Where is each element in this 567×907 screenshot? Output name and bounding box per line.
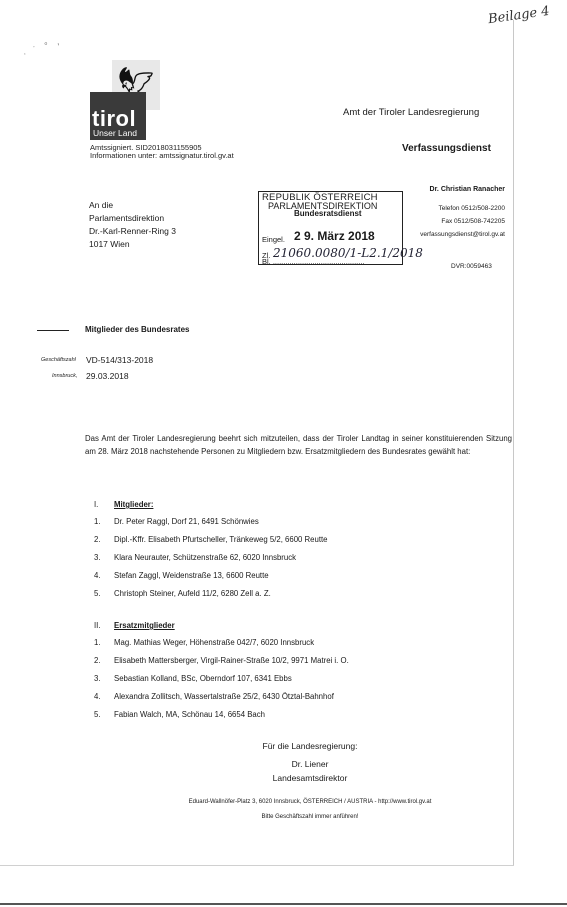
place-label: Innsbruck, — [52, 373, 77, 379]
contact-name: Dr. Christian Ranacher — [400, 183, 505, 196]
item-text: Sebastian Kolland, BSc, Oberndorf 107, 6… — [114, 670, 292, 688]
item-text: Mag. Mathias Weger, Höhenstraße 042/7, 6… — [114, 634, 314, 652]
letter-date: 29.03.2018 — [86, 371, 129, 381]
subject: Mitglieder des Bundesrates — [85, 325, 189, 334]
recipient-line: 1017 Wien — [89, 238, 176, 251]
item-number: 3. — [94, 549, 101, 567]
contact-block: Dr. Christian Ranacher Telefon 0512/508-… — [400, 183, 505, 241]
contact-email: verfassungsdienst@tirol.gv.at — [400, 228, 505, 241]
sender-organization: Amt der Tiroler Landesregierung — [343, 107, 479, 118]
item-number: 4. — [94, 688, 101, 706]
stamp-line-3: Bundesratsdienst — [294, 210, 362, 218]
signature-info: Informationen unter: amtssignatur.tirol.… — [90, 152, 234, 160]
item-text: Dipl.-Kffr. Elisabeth Pfurtscheller, Trä… — [114, 531, 328, 549]
item-text: Klara Neurauter, Schützenstraße 62, 6020… — [114, 549, 296, 567]
dvr-number: DVR:0059463 — [451, 263, 492, 270]
item-text: Christoph Steiner, Aufeld 11/2, 6280 Zel… — [114, 585, 271, 603]
section-title: Ersatzmitglieder — [114, 621, 175, 630]
recipient-line: Dr.-Karl-Renner-Ring 3 — [89, 225, 176, 238]
footer-address: Eduard-Wallnöfer-Platz 3, 6020 Innsbruck… — [110, 799, 510, 805]
stamp-bl-label: Bl. ....................................… — [262, 257, 365, 266]
signatory-title: Landesamtsdirektor — [150, 773, 470, 783]
contact-fax: Fax 0512/508-742205 — [400, 215, 505, 228]
item-number: 3. — [94, 670, 101, 688]
footer-note: Bitte Geschäftszahl immer anführen! — [110, 814, 510, 820]
handwritten-annotation: Beilage 4 — [487, 4, 550, 27]
official-signature-note: Amtssigniert. SID2018031155905 Informati… — [90, 144, 234, 160]
item-number: 5. — [94, 585, 101, 603]
item-text: Stefan Zaggl, Weidenstraße 13, 6600 Reut… — [114, 567, 269, 585]
stamp-received-date: 2 9. März 2018 — [294, 229, 375, 243]
tirol-logo: 🦅︎ tirol Unser Land — [90, 60, 160, 140]
page-edge-right — [513, 20, 514, 865]
item-number: 1. — [94, 634, 101, 652]
wordmark-box: tirol Unser Land — [90, 92, 146, 140]
item-text: Alexandra Zollitsch, Wassertalstraße 25/… — [114, 688, 334, 706]
page-edge-bottom — [0, 865, 514, 866]
item-number: 5. — [94, 706, 101, 724]
item-text: Fabian Walch, MA, Schönau 14, 6654 Bach — [114, 706, 265, 724]
recipient-line: Parlamentsdirektion — [89, 212, 176, 225]
item-text: Elisabeth Mattersberger, Virgil-Rainer-S… — [114, 652, 349, 670]
scan-specks: · ˙ ° , — [22, 35, 64, 58]
item-text: Dr. Peter Raggl, Dorf 21, 6491 Schönwies — [114, 513, 259, 531]
stamp-eingel-label: Eingel. — [262, 235, 285, 244]
item-number: 1. — [94, 513, 101, 531]
contact-phone: Telefon 0512/508-2200 — [400, 202, 505, 215]
closing-for: Für die Landesregierung: — [150, 741, 470, 751]
subject-dash — [37, 330, 69, 331]
sender-department: Verfassungsdienst — [402, 143, 491, 154]
item-number: 2. — [94, 531, 101, 549]
recipient-address: An die Parlamentsdirektion Dr.-Karl-Renn… — [89, 199, 176, 251]
section-title: Mitglieder: — [114, 500, 153, 509]
body-paragraph: Das Amt der Tiroler Landesregierung beeh… — [85, 432, 512, 458]
recipient-line: An die — [89, 199, 176, 212]
section-number: I. — [94, 500, 98, 509]
logo-tagline: Unser Land — [93, 128, 137, 138]
reference-label: Geschäftszahl — [41, 357, 76, 363]
section-number: II. — [94, 621, 101, 630]
item-number: 4. — [94, 567, 101, 585]
scan-bottom-rule — [0, 903, 567, 905]
received-stamp: REPUBLIK ÖSTERREICH PARLAMENTSDIREKTION … — [258, 191, 403, 265]
reference-number: VD-514/313-2018 — [86, 355, 153, 365]
item-number: 2. — [94, 652, 101, 670]
logo-wordmark: tirol — [92, 110, 136, 128]
signatory-name: Dr. Liener — [150, 759, 470, 769]
